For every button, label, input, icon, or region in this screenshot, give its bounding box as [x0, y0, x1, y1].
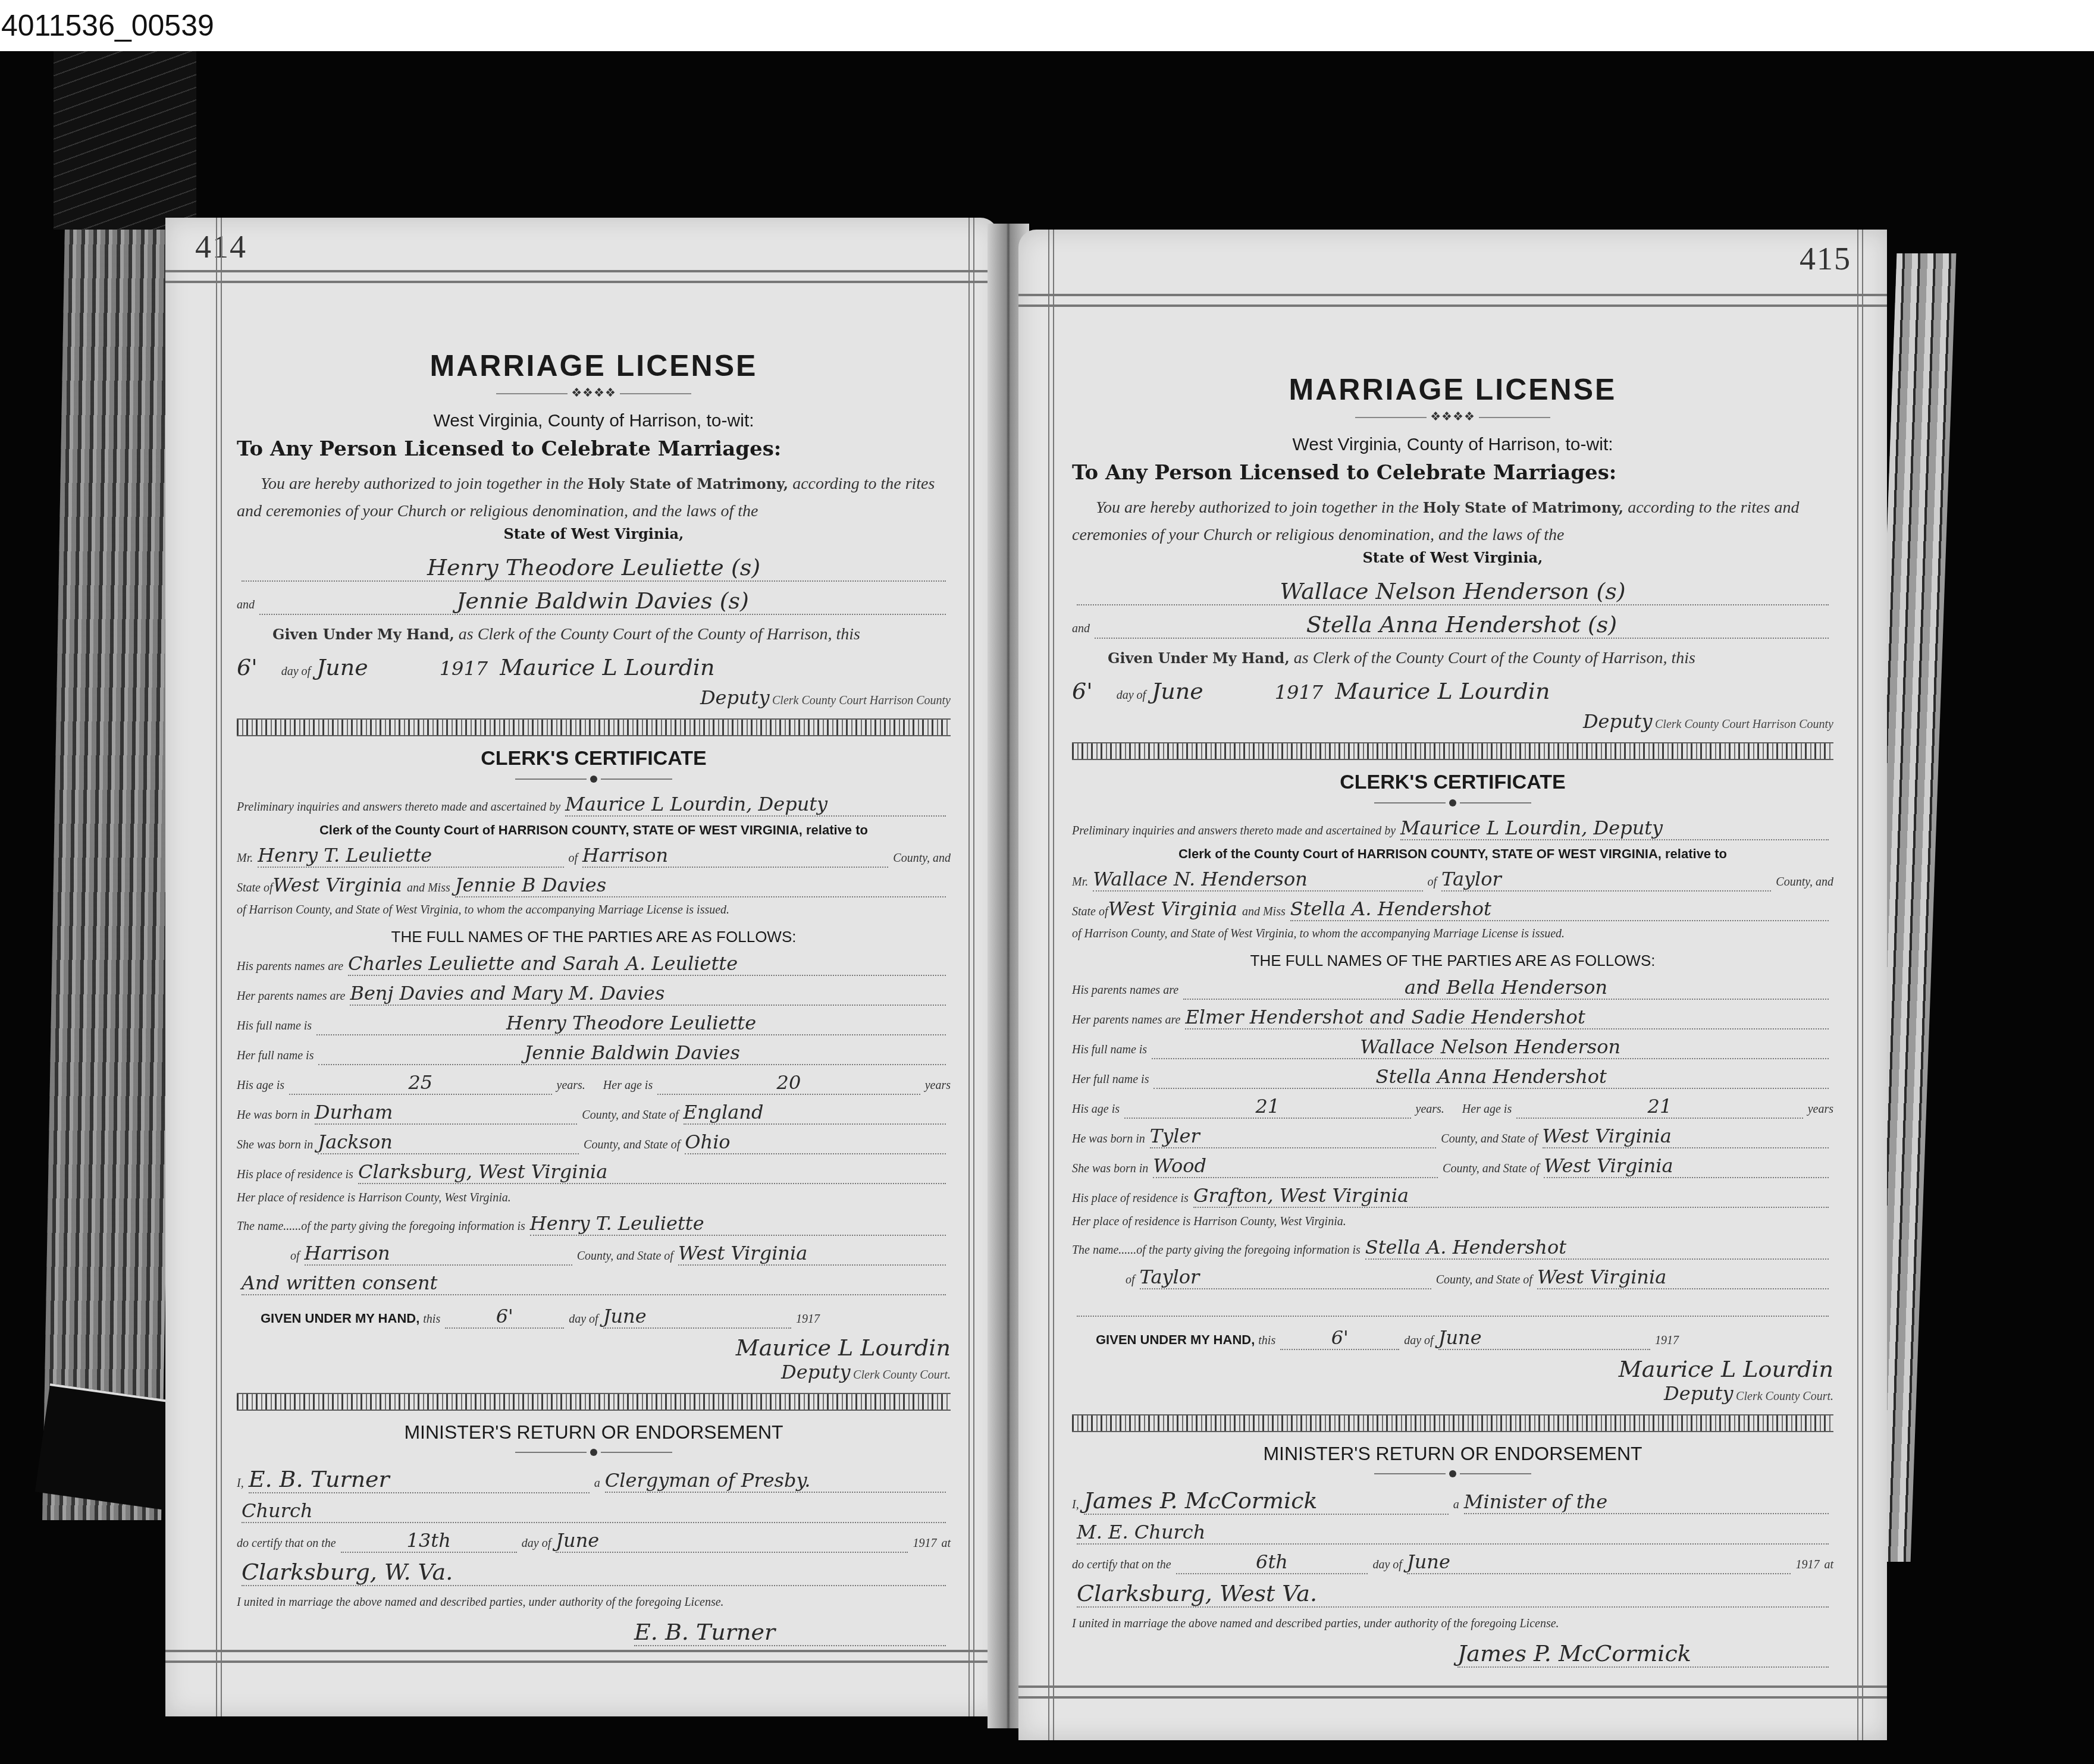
minister-signature-row: James P. McCormick	[1453, 1640, 1833, 1668]
field-label: Her parents names are	[1072, 1013, 1180, 1027]
clerk-caption-row: Deputy Clerk County Court Harrison Count…	[237, 686, 951, 709]
jurisdiction: West Virginia, County of Harrison, to-wi…	[237, 411, 951, 431]
ornamental-divider	[237, 1393, 951, 1411]
clerk-certificate-title: CLERK'S CERTIFICATE	[237, 747, 951, 770]
margin-rule	[968, 218, 974, 1716]
authorization-text: You are hereby authorized to join togeth…	[237, 470, 951, 525]
informant-value: Stella A. Hendershot	[1365, 1236, 1829, 1260]
certify-year: 1917	[1795, 1558, 1819, 1572]
field-value: Benj Davies and Mary M. Davies	[350, 982, 946, 1006]
years-label: years	[1808, 1103, 1833, 1116]
ornament	[1072, 1468, 1833, 1479]
field-label: Her full name is	[1072, 1073, 1149, 1087]
margin-rule	[1048, 230, 1054, 1740]
given-label: GIVEN UNDER MY HAND,	[1096, 1332, 1255, 1348]
i-label: I,	[1072, 1498, 1079, 1512]
deputy-label: Deputy	[1583, 710, 1653, 733]
minister-role: Clergyman of Presby.	[605, 1469, 946, 1493]
minister-row: I, James P. McCormick a Minister of the	[1072, 1487, 1833, 1515]
informant-county-row: of Harrison County, and State of West Vi…	[290, 1242, 951, 1266]
mr-value: Henry T. Leuliette	[258, 844, 563, 868]
miss-value: Stella A. Hendershot	[1290, 897, 1829, 921]
his-residence-label: His place of residence is	[1072, 1192, 1189, 1206]
state-of-label: State of	[237, 881, 273, 895]
certify-row: do certify that on the 6th day of June 1…	[1072, 1550, 1833, 1574]
field-label: His full name is	[1072, 1043, 1147, 1057]
of-label: of	[1428, 875, 1437, 889]
informant-row: The name......of the party giving the fo…	[1072, 1236, 1833, 1260]
minister-return-title: MINISTER'S RETURN OR ENDORSEMENT	[237, 1421, 951, 1443]
county-state-label: County, and State of	[1441, 1132, 1537, 1146]
her-residence-line: Her place of residence is Harrison Count…	[1072, 1215, 1833, 1229]
she-born-label: She was born in	[237, 1138, 313, 1152]
church-row: M. E. Church	[1072, 1521, 1833, 1545]
day-of-label: day of	[522, 1537, 551, 1550]
given-year: 1917	[1655, 1334, 1679, 1348]
united-line: I united in marriage the above named and…	[237, 1596, 951, 1609]
state-value: West Virginia	[273, 874, 402, 896]
informant-county-row: of Taylor County, and State of West Virg…	[1126, 1266, 1833, 1289]
i-label: I,	[237, 1477, 244, 1490]
and-miss-label: and Miss	[407, 881, 450, 895]
minister-return-title: MINISTER'S RETURN OR ENDORSEMENT	[1072, 1443, 1833, 1465]
ornament	[1072, 798, 1833, 808]
field-label: His parents names are	[237, 960, 343, 974]
state-miss-row: State of West Virginia and Miss Stella A…	[1072, 897, 1833, 921]
extra-note	[1077, 1295, 1829, 1317]
informant-row: The name......of the party giving the fo…	[237, 1212, 951, 1236]
issued-line: of Harrison County, and State of West Vi…	[1072, 927, 1833, 941]
a-label: a	[1453, 1498, 1459, 1512]
ornament: ❖❖❖❖	[1072, 409, 1833, 424]
miss-value: Jennie B Davies	[455, 874, 946, 897]
prelim-value: Maurice L Lourdin, Deputy	[565, 793, 946, 817]
and-label: and	[1072, 622, 1090, 636]
minister-role: Minister of the	[1464, 1490, 1829, 1514]
field-row: Her full name is Stella Anna Hendershot	[1072, 1065, 1833, 1089]
certify-label: do certify that on the	[237, 1537, 336, 1550]
ornament	[237, 774, 951, 784]
church-line: Church	[242, 1499, 946, 1523]
clerk-signature: Maurice L Lourdin	[1335, 678, 1550, 704]
cert-signature: Maurice L Lourdin	[1619, 1356, 1833, 1382]
county-state-label: County, and State of	[1443, 1162, 1539, 1176]
field-row: Her parents names are Elmer Hendershot a…	[1072, 1006, 1833, 1029]
certify-day: 13th	[341, 1529, 517, 1553]
his-residence: Grafton, West Virginia	[1193, 1184, 1829, 1208]
field-row: His parents names are and Bella Henderso…	[1072, 976, 1833, 1000]
mr-row: Mr. Wallace N. Henderson of Taylor Count…	[1072, 868, 1833, 892]
minister-signature: E. B. Turner	[634, 1619, 946, 1646]
she-born-county: Jackson	[318, 1131, 579, 1154]
footer-rule	[1018, 1685, 1887, 1699]
right-page: 415 MARRIAGE LICENSE ❖❖❖❖ West Virginia,…	[1018, 230, 1887, 1740]
auth-line-1-end: according to	[1628, 498, 1711, 517]
mr-label: Mr.	[237, 852, 253, 865]
margin-rule	[216, 218, 222, 1716]
given-year: 1917	[796, 1313, 820, 1326]
ornamental-divider	[237, 718, 951, 736]
license-title: MARRIAGE LICENSE	[237, 349, 951, 383]
years-label: years.	[1416, 1103, 1444, 1116]
day-of-label: day of	[281, 665, 311, 679]
informant-label: The name......of the party giving the fo…	[1072, 1244, 1361, 1257]
date-row: 6' day of June 1917 Maurice L Lourdin	[1072, 678, 1833, 704]
given-under-row: Given Under My Hand, as Clerk of the Cou…	[1108, 645, 1833, 672]
mr-row: Mr. Henry T. Leuliette of Harrison Count…	[237, 844, 951, 868]
county-value: Harrison	[582, 844, 888, 868]
given-under-text: as Clerk of the County Court of the Coun…	[1294, 649, 1695, 667]
her-age: 20	[657, 1071, 920, 1095]
marriage-place: Clarksburg, W. Va.	[242, 1559, 946, 1586]
cert-signature-row: Maurice L Lourdin Deputy Clerk County Co…	[1072, 1356, 1833, 1405]
day-of-label: day of	[1372, 1558, 1402, 1572]
parties-heading: THE FULL NAMES OF THE PARTIES ARE AS FOL…	[1072, 952, 1833, 970]
and-label: and	[237, 598, 255, 612]
informant-label: The name......of the party giving the fo…	[237, 1220, 525, 1233]
he-born-row: He was born in Durham County, and State …	[237, 1101, 951, 1125]
she-born-state: West Virginia	[1544, 1154, 1829, 1178]
license-day: 6'	[237, 654, 258, 680]
note-row: And written consent	[237, 1272, 951, 1295]
county-state-label: County, and State of	[584, 1138, 680, 1152]
she-born-row: She was born in Jackson County, and Stat…	[237, 1131, 951, 1154]
jurisdiction: West Virginia, County of Harrison, to-wi…	[1072, 435, 1833, 455]
license-title: MARRIAGE LICENSE	[1072, 372, 1833, 407]
church-row: Church	[237, 1499, 951, 1523]
state-name: State of West Virginia,	[1072, 549, 1833, 566]
page-number: 415	[1800, 240, 1851, 277]
groom-name: Henry Theodore Leuliette (s)	[242, 554, 946, 582]
mr-value: Wallace N. Henderson	[1093, 868, 1422, 892]
holy-state: Holy State of Matrimony,	[588, 475, 788, 492]
prelim-label: Preliminary inquiries and answers theret…	[237, 801, 560, 814]
certify-day: 6th	[1176, 1550, 1368, 1574]
field-label: His full name is	[237, 1019, 312, 1033]
certify-month: June	[1407, 1550, 1791, 1574]
bride-name: Stella Anna Hendershot (s)	[1095, 611, 1829, 639]
he-born-label: He was born in	[1072, 1132, 1145, 1146]
day-of-label: day of	[1117, 689, 1146, 702]
field-row: His parents names are Charles Leuliette …	[237, 952, 951, 976]
given-row: GIVEN UNDER MY HAND, this 6' day of June…	[261, 1305, 951, 1329]
county-state-label: County, and State of	[582, 1109, 678, 1122]
groom-name: Wallace Nelson Henderson (s)	[1077, 578, 1829, 605]
bride-row: and Stella Anna Hendershot (s)	[1072, 611, 1833, 639]
image-id-label: 4011536_00539	[0, 0, 2094, 51]
clerk-line: Clerk of the County Court of HARRISON CO…	[237, 823, 951, 838]
a-label: a	[594, 1477, 600, 1490]
certify-row: do certify that on the 13th day of June …	[237, 1529, 951, 1553]
at-label: at	[941, 1537, 951, 1550]
left-page-edges	[42, 230, 184, 1520]
informant-county: Taylor	[1140, 1266, 1431, 1289]
given-under-text: as Clerk of the County Court of the Coun…	[459, 625, 860, 644]
county-state-label: County, and State of	[1436, 1273, 1532, 1287]
salutation: To Any Person Licensed to Celebrate Marr…	[1072, 461, 1833, 485]
sig-caption: Clerk County Court.	[1736, 1390, 1833, 1403]
minister-signature-row: E. B. Turner	[629, 1619, 951, 1646]
clerk-caption: Clerk County Court Harrison County	[1655, 718, 1833, 731]
parties-heading: THE FULL NAMES OF THE PARTIES ARE AS FOL…	[237, 928, 951, 946]
field-row: Her full name is Jennie Baldwin Davies	[237, 1041, 951, 1065]
minister-name: E. B. Turner	[249, 1466, 590, 1493]
field-value: Jennie Baldwin Davies	[318, 1041, 946, 1065]
mr-label: Mr.	[1072, 875, 1088, 889]
clerk-caption: Clerk County Court Harrison County	[772, 694, 951, 707]
he-born-county: Durham	[315, 1101, 578, 1125]
of-label: of	[1126, 1273, 1135, 1287]
age-row: His age is 25 years. Her age is 20 years	[237, 1071, 951, 1095]
at-label: at	[1824, 1558, 1833, 1572]
county-and-label: County, and	[893, 852, 951, 865]
field-value: Elmer Hendershot and Sadie Hendershot	[1185, 1006, 1829, 1029]
header-rule	[1018, 294, 1887, 307]
her-age-label: Her age is	[603, 1079, 653, 1093]
field-value: Charles Leuliette and Sarah A. Leuliette	[348, 952, 946, 976]
prelim-value: Maurice L Lourdin, Deputy	[1400, 817, 1829, 840]
day-of-label: day of	[1404, 1334, 1433, 1348]
place-row: Clarksburg, W. Va.	[237, 1559, 951, 1586]
extra-note: And written consent	[242, 1272, 946, 1295]
issued-line: of Harrison County, and State of West Vi…	[237, 903, 951, 917]
given-day: 6'	[1280, 1326, 1399, 1350]
deputy-label: Deputy	[1664, 1382, 1733, 1405]
holy-state: Holy State of Matrimony,	[1423, 499, 1623, 516]
informant-state: West Virginia	[1537, 1266, 1829, 1289]
license-year: 1917	[1275, 681, 1323, 704]
bride-row: and Jennie Baldwin Davies (s)	[237, 588, 951, 615]
informant-county: Harrison	[305, 1242, 572, 1266]
prelim-row: Preliminary inquiries and answers theret…	[237, 793, 951, 817]
clerk-certificate-title: CLERK'S CERTIFICATE	[1072, 771, 1833, 794]
given-month: June	[1438, 1326, 1650, 1350]
license-year: 1917	[440, 657, 488, 680]
given-month: June	[603, 1305, 791, 1329]
this-label: this	[1258, 1334, 1275, 1348]
his-age: 25	[289, 1071, 552, 1095]
ornamental-divider	[1072, 1414, 1833, 1432]
sig-caption: Clerk County Court.	[853, 1368, 951, 1382]
his-residence-row: His place of residence is Grafton, West …	[1072, 1184, 1833, 1208]
left-page: 414 MARRIAGE LICENSE ❖❖❖❖ West Virginia,…	[165, 218, 998, 1716]
license-day: 6'	[1072, 678, 1093, 704]
she-born-state: Ohio	[685, 1131, 946, 1154]
minister-row: I, E. B. Turner a Clergyman of Presby.	[237, 1466, 951, 1493]
years-label: years	[925, 1079, 951, 1093]
certify-year: 1917	[913, 1537, 936, 1550]
age-row: His age is 21 years. Her age is 21 years	[1072, 1095, 1833, 1119]
informant-value: Henry T. Leuliette	[530, 1212, 946, 1236]
field-value: and Bella Henderson	[1183, 976, 1829, 1000]
note-row	[1072, 1295, 1833, 1317]
he-born-row: He was born in Tyler County, and State o…	[1072, 1125, 1833, 1148]
field-row: His full name is Henry Theodore Leuliett…	[237, 1012, 951, 1035]
auth-line-1-end: according to	[792, 475, 876, 493]
field-row: His full name is Wallace Nelson Henderso…	[1072, 1035, 1833, 1059]
clerk-signature: Maurice L Lourdin	[500, 654, 714, 680]
authorization-text: You are hereby authorized to join togeth…	[1072, 494, 1833, 549]
church-line: M. E. Church	[1077, 1521, 1829, 1545]
minister-signature: James P. McCormick	[1457, 1640, 1829, 1668]
prelim-row: Preliminary inquiries and answers theret…	[1072, 817, 1833, 840]
certify-month: June	[556, 1529, 908, 1553]
given-row: GIVEN UNDER MY HAND, this 6' day of June…	[1096, 1326, 1833, 1350]
groom-row: Henry Theodore Leuliette (s)	[237, 554, 951, 582]
marriage-place: Clarksburg, West Va.	[1077, 1580, 1829, 1608]
given-under-label: Given Under My Hand,	[1108, 649, 1290, 667]
license-form: MARRIAGE LICENSE ❖❖❖❖ West Virginia, Cou…	[237, 313, 951, 1652]
this-label: this	[423, 1313, 440, 1326]
she-born-county: Wood	[1153, 1154, 1438, 1178]
certify-label: do certify that on the	[1072, 1558, 1171, 1572]
clerk-caption-row: Deputy Clerk County Court Harrison Count…	[1072, 710, 1833, 733]
prelim-label: Preliminary inquiries and answers theret…	[1072, 824, 1396, 838]
state-value: West Virginia	[1108, 897, 1237, 920]
county-value: Taylor	[1441, 868, 1771, 892]
license-form: MARRIAGE LICENSE ❖❖❖❖ West Virginia, Cou…	[1072, 337, 1833, 1674]
auth-line-1: You are hereby authorized to join togeth…	[1096, 498, 1419, 517]
his-residence: Clarksburg, West Virginia	[358, 1160, 946, 1184]
field-value: Henry Theodore Leuliette	[316, 1012, 946, 1035]
cert-signature-row: Maurice L Lourdin Deputy Clerk County Co…	[237, 1335, 951, 1383]
ornamental-divider	[1072, 742, 1833, 760]
book-cover-corner	[54, 51, 196, 230]
he-born-label: He was born in	[237, 1109, 310, 1122]
license-month: June	[1152, 678, 1203, 704]
bride-name: Jennie Baldwin Davies (s)	[259, 588, 946, 615]
microfilm-scan: 414 MARRIAGE LICENSE ❖❖❖❖ West Virginia,…	[0, 51, 2094, 1764]
she-born-label: She was born in	[1072, 1162, 1148, 1176]
minister-name: James P. McCormick	[1084, 1487, 1449, 1515]
day-of-label: day of	[569, 1313, 598, 1326]
given-under-label: Given Under My Hand,	[272, 626, 454, 643]
his-age-label: His age is	[237, 1079, 284, 1093]
county-and-label: County, and	[1776, 875, 1833, 889]
informant-state: West Virginia	[678, 1242, 946, 1266]
license-month: June	[316, 654, 368, 680]
given-label: GIVEN UNDER MY HAND,	[261, 1311, 419, 1326]
field-label: Her parents names are	[237, 990, 345, 1003]
state-name: State of West Virginia,	[237, 525, 951, 542]
he-born-state: England	[684, 1101, 946, 1125]
ornament	[237, 1447, 951, 1458]
years-label: years.	[557, 1079, 585, 1093]
margin-rule	[1857, 230, 1863, 1740]
deputy-label: Deputy	[781, 1361, 851, 1383]
and-miss-label: and Miss	[1242, 905, 1286, 919]
given-day: 6'	[445, 1305, 564, 1329]
auth-line-1: You are hereby authorized to join togeth…	[261, 475, 584, 493]
header-rule	[165, 270, 998, 283]
clerk-line: Clerk of the County Court of HARRISON CO…	[1072, 846, 1833, 862]
deputy-label: Deputy	[700, 686, 770, 709]
date-row: 6' day of June 1917 Maurice L Lourdin	[237, 654, 951, 680]
his-residence-label: His place of residence is	[237, 1168, 353, 1182]
she-born-row: She was born in Wood County, and State o…	[1072, 1154, 1833, 1178]
salutation: To Any Person Licensed to Celebrate Marr…	[237, 437, 951, 461]
her-age-label: Her age is	[1462, 1103, 1512, 1116]
his-age: 21	[1124, 1095, 1411, 1119]
place-row: Clarksburg, West Va.	[1072, 1580, 1833, 1608]
her-age: 21	[1516, 1095, 1803, 1119]
of-label: of	[569, 852, 578, 865]
field-label: Her full name is	[237, 1049, 314, 1063]
he-born-county: Tyler	[1150, 1125, 1437, 1148]
ornament: ❖❖❖❖	[237, 385, 951, 400]
field-row: Her parents names are Benj Davies and Ma…	[237, 982, 951, 1006]
cert-signature: Maurice L Lourdin	[736, 1335, 951, 1361]
state-of-label: State of	[1072, 905, 1108, 919]
his-residence-row: His place of residence is Clarksburg, We…	[237, 1160, 951, 1184]
of-label: of	[290, 1250, 300, 1263]
field-value: Stella Anna Hendershot	[1153, 1065, 1829, 1089]
groom-row: Wallace Nelson Henderson (s)	[1072, 578, 1833, 605]
his-age-label: His age is	[1072, 1103, 1120, 1116]
field-label: His parents names are	[1072, 984, 1178, 997]
united-line: I united in marriage the above named and…	[1072, 1617, 1833, 1631]
field-value: Wallace Nelson Henderson	[1152, 1035, 1829, 1059]
state-miss-row: State of West Virginia and Miss Jennie B…	[237, 874, 951, 897]
her-residence-line: Her place of residence is Harrison Count…	[237, 1191, 951, 1205]
given-under-row: Given Under My Hand, as Clerk of the Cou…	[272, 621, 951, 648]
he-born-state: West Virginia	[1543, 1125, 1829, 1148]
county-state-label: County, and State of	[577, 1250, 673, 1263]
